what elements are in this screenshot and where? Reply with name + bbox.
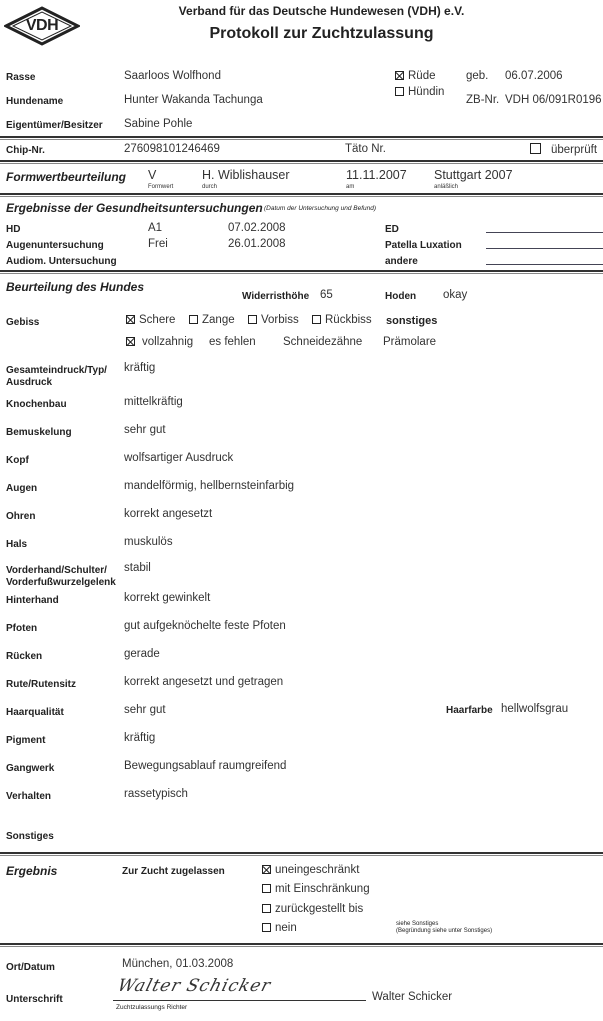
page-title: Protokoll zur Zuchtzulassung (0, 25, 603, 43)
widerrist-label: Widerristhöhe (242, 291, 309, 302)
gebiss-rueckbiss-checkbox[interactable]: Rückbiss (312, 314, 372, 326)
trait-label: Pigment (6, 735, 45, 746)
separator (0, 270, 603, 274)
trait-label: Rute/Rutensitz (6, 679, 76, 690)
besitzer-value: Sabine Pohle (124, 118, 192, 130)
zb-value: VDH 06/091R0196 (505, 94, 602, 106)
formwert-date: 11.11.2007 (346, 168, 407, 182)
trait-value: korrekt angesetzt (124, 508, 212, 520)
separator (0, 943, 603, 947)
org-name: Verband für das Deutsche Hundewesen (VDH… (0, 4, 603, 18)
separator (0, 160, 603, 164)
rasse-label: Rasse (6, 72, 35, 83)
hd-result: A1 (148, 222, 162, 234)
trait-label: Haarqualität (6, 707, 64, 718)
formwert-judge: H. Wiblishauser (202, 168, 290, 182)
augen-label: Augenuntersuchung (6, 240, 104, 251)
geb-label: geb. (466, 70, 488, 82)
rasse-value: Saarloos Wolfhond (124, 70, 221, 82)
widerrist-value: 65 (320, 289, 333, 301)
separator (0, 852, 603, 856)
sign-label: Unterschrift (6, 994, 63, 1005)
checkbox-checked-icon (126, 337, 135, 346)
trait-value: rassetypisch (124, 788, 188, 800)
assessment-title: Beurteilung des Hundes (6, 280, 144, 294)
trait-value: gerade (124, 648, 160, 660)
ed-label: ED (385, 224, 399, 235)
trait-label: Vorderhand/Schulter/Vorderfußwurzelgelen… (6, 565, 116, 588)
trait-label: Sonstiges (6, 831, 54, 842)
trait-label: Gesamteindruck/Typ/Ausdruck (6, 365, 107, 388)
ed-blank-line (486, 232, 603, 233)
hd-label: HD (6, 224, 20, 235)
trait-value: Bewegungsablauf raumgreifend (124, 760, 286, 772)
date-caption: am (346, 184, 354, 190)
trait-label: Hals (6, 539, 27, 550)
trait-label: Knochenbau (6, 399, 67, 410)
ort-value: München, 01.03.2008 (122, 958, 233, 970)
augen-result: Frei (148, 238, 168, 250)
checkbox-empty-icon (262, 904, 271, 913)
checkbox-empty-icon (248, 315, 257, 324)
formwert-title: Formwertbeurteilung (6, 170, 126, 184)
hundename-label: Hundename (6, 96, 63, 107)
result-label: Zur Zucht zugelassen (122, 866, 225, 877)
event-caption: anläßlich (434, 184, 458, 190)
judge-name: Walter Schicker (372, 991, 452, 1003)
result-zurueckgestellt-checkbox[interactable]: zurückgestellt bis (262, 903, 363, 915)
trait-value: muskulös (124, 536, 173, 548)
signature: Walter Schicker (115, 976, 273, 996)
checkbox-checked-icon (126, 315, 135, 324)
checkbox-empty-icon (262, 884, 271, 893)
health-note: (Datum der Untersuchung und Befund) (264, 205, 376, 212)
patella-label: Patella Luxation (385, 240, 462, 251)
haarfarbe-label: Haarfarbe (446, 705, 493, 716)
formwert-value: V (148, 168, 156, 182)
gebiss-vorbiss-checkbox[interactable]: Vorbiss (248, 314, 299, 326)
ueberprueft-checkbox[interactable]: überprüft (530, 143, 597, 156)
ort-label: Ort/Datum (6, 962, 55, 973)
health-title: Ergebnisse der Gesundheitsuntersuchungen (6, 201, 263, 215)
andere-label: andere (385, 256, 418, 267)
andere-blank-line (486, 264, 603, 265)
signature-line (113, 1000, 366, 1001)
judge-caption: durch (202, 184, 217, 190)
trait-label: Hinterhand (6, 595, 59, 606)
trait-label: Ohren (6, 511, 35, 522)
trait-label: Bemuskelung (6, 427, 72, 438)
gebiss-schere-checkbox[interactable]: Schere (126, 314, 175, 326)
formwert-caption: Formwert (148, 184, 173, 190)
trait-label: Kopf (6, 455, 29, 466)
augen-date: 26.01.2008 (228, 238, 286, 250)
trait-value: mittelkräftig (124, 396, 183, 408)
result-uneingeschraenkt-checkbox[interactable]: uneingeschränkt (262, 864, 359, 876)
trait-value: korrekt angesetzt und getragen (124, 676, 283, 688)
result-nein-checkbox[interactable]: nein (262, 922, 297, 934)
chip-label: Chip-Nr. (6, 145, 45, 156)
formwert-event: Stuttgart 2007 (434, 168, 513, 182)
vollzahnig-checkbox[interactable]: vollzahnig (126, 336, 193, 348)
gebiss-label: Gebiss (6, 317, 39, 328)
zb-label: ZB-Nr. (466, 94, 499, 106)
trait-label: Augen (6, 483, 37, 494)
besitzer-label: Eigentümer/Besitzer (6, 120, 103, 131)
result-title: Ergebnis (6, 864, 57, 878)
chip-value: 276098101246469 (124, 143, 220, 155)
checkbox-checked-icon (262, 865, 271, 874)
taeto-label: Täto Nr. (345, 143, 386, 155)
haarfarbe-value: hellwolfsgrau (501, 703, 568, 715)
patella-blank-line (486, 248, 603, 249)
checkbox-empty-icon (530, 143, 541, 154)
huendin-checkbox[interactable]: Hündin (395, 86, 444, 98)
geb-value: 06.07.2006 (505, 70, 563, 82)
hoden-value: okay (443, 289, 467, 301)
separator (0, 136, 603, 140)
trait-value: kräftig (124, 362, 155, 374)
trait-value: kräftig (124, 732, 155, 744)
sign-caption: Zuchtzulassungs Richter (116, 1004, 187, 1011)
hundename-value: Hunter Wakanda Tachunga (124, 94, 263, 106)
checkbox-checked-icon (395, 71, 404, 80)
praemolare-label: Prämolare (383, 336, 436, 348)
separator (0, 193, 603, 197)
trait-value: gut aufgeknöchelte feste Pfoten (124, 620, 286, 632)
checkbox-empty-icon (262, 923, 271, 932)
sonstiges-gebiss-label: sonstiges (386, 315, 437, 327)
hd-date: 07.02.2008 (228, 222, 286, 234)
ruede-checkbox[interactable]: Rüde (395, 70, 436, 82)
checkbox-empty-icon (189, 315, 198, 324)
audiom-label: Audiom. Untersuchung (6, 256, 117, 267)
nein-note-2: (Begründung siehe unter Sonstiges) (396, 928, 492, 934)
trait-label: Gangwerk (6, 763, 54, 774)
schneidezaehne-label: Schneidezähne (283, 336, 362, 348)
gebiss-zange-checkbox[interactable]: Zange (189, 314, 235, 326)
fehlen-label: es fehlen (209, 336, 256, 348)
result-einschraenkung-checkbox[interactable]: mit Einschränkung (262, 883, 370, 895)
trait-value: mandelförmig, hellbernsteinfarbig (124, 480, 294, 492)
checkbox-empty-icon (395, 87, 404, 96)
trait-value: sehr gut (124, 704, 166, 716)
checkbox-empty-icon (312, 315, 321, 324)
trait-label: Verhalten (6, 791, 51, 802)
trait-value: stabil (124, 562, 151, 574)
trait-label: Rücken (6, 651, 42, 662)
trait-label: Pfoten (6, 623, 37, 634)
trait-value: sehr gut (124, 424, 166, 436)
trait-value: wolfsartiger Ausdruck (124, 452, 233, 464)
nein-note-1: siehe Sonstiges (396, 921, 438, 927)
trait-value: korrekt gewinkelt (124, 592, 210, 604)
hoden-label: Hoden (385, 291, 416, 302)
